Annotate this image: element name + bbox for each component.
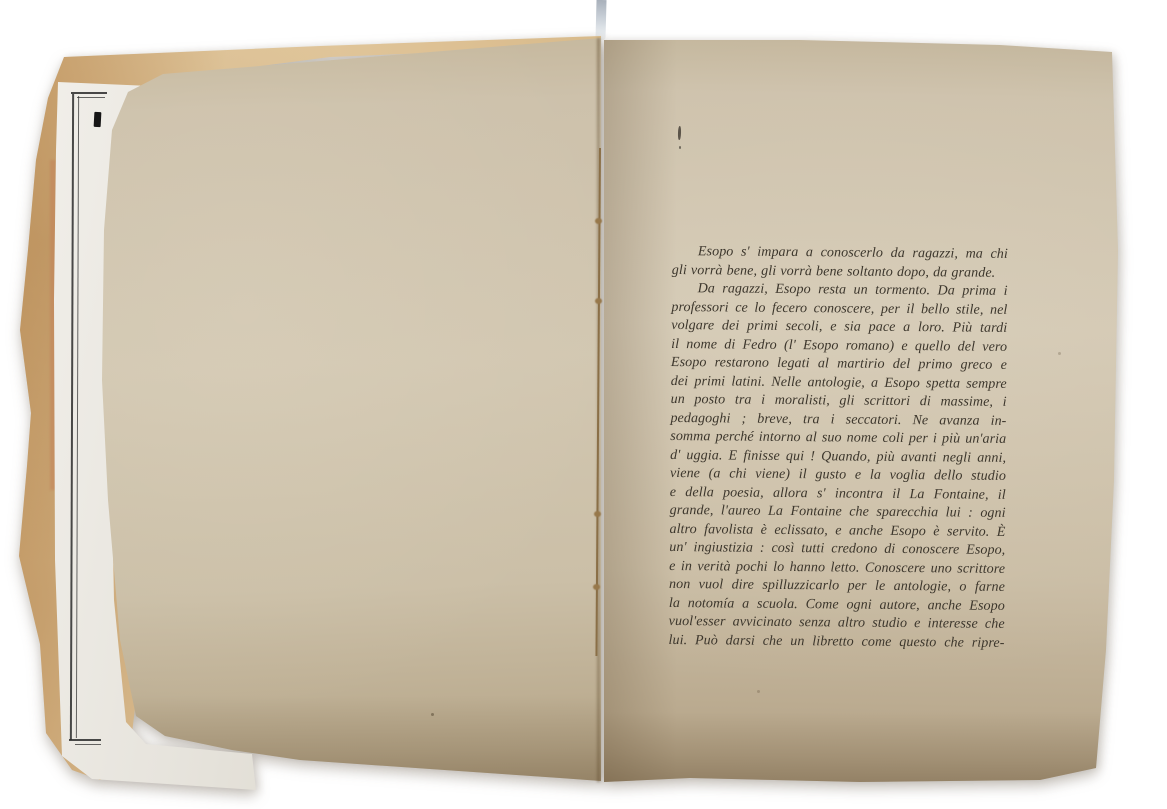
paper-speck bbox=[757, 690, 760, 693]
title-page-border-rule bbox=[71, 92, 107, 94]
ink-mark-stroke bbox=[678, 126, 681, 140]
ink-mark-dot bbox=[679, 146, 681, 149]
ink-mark bbox=[677, 126, 685, 152]
open-book: Esopo s' impara a conoscerlo da ragazzi,… bbox=[0, 0, 1167, 809]
title-page-border-rule bbox=[77, 97, 105, 98]
thread-knot bbox=[594, 511, 601, 517]
paper-speck bbox=[1058, 352, 1061, 355]
thread-knot bbox=[595, 298, 602, 304]
title-page-border-rule bbox=[69, 739, 101, 741]
title-page-border-rule bbox=[75, 744, 101, 745]
page-text: Esopo s' impara a conoscerlo da ragazzi,… bbox=[668, 243, 1008, 653]
printed-fragment bbox=[94, 112, 102, 127]
book-photograph: Esopo s' impara a conoscerlo da ragazzi,… bbox=[0, 0, 1167, 809]
thread-knot bbox=[595, 218, 602, 224]
paper-speck bbox=[431, 713, 434, 716]
thread-knot bbox=[593, 584, 600, 590]
text-line: lui. Può darsi che un libretto come ques… bbox=[668, 631, 1004, 652]
